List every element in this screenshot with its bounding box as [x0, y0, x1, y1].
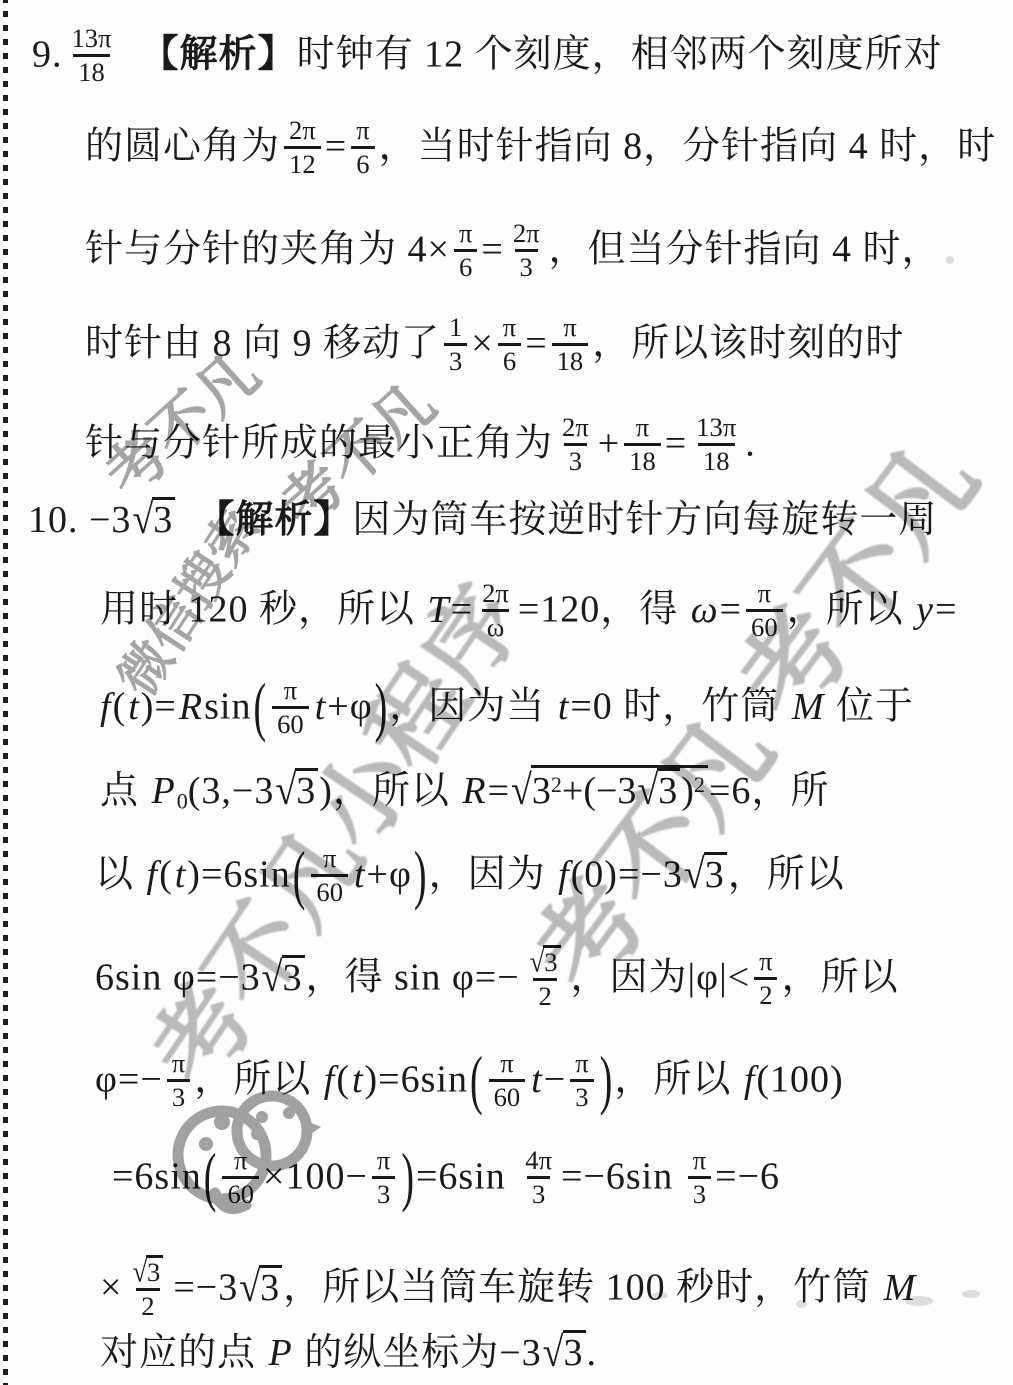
scan-speck — [962, 1290, 980, 1298]
solution-line: ×√32=−3√3，所以当筒车旋转 100 秒时，竹筒 M — [100, 1257, 917, 1325]
mascot-logo-icon — [168, 1078, 338, 1228]
perforation-edge — [3, 0, 8, 1385]
solution-line: 对应的点 P 的纵坐标为−3√3. — [100, 1330, 597, 1376]
solution-line: 针与分针的夹角为 4×π6=2π3，但当分针指向 4 时， — [85, 220, 941, 286]
answer-page: 9.13π18 【解析】时钟有 12 个刻度，相邻两个刻度所对的圆心角为2π12… — [0, 0, 1013, 1385]
scan-speck — [946, 256, 954, 264]
solution-line: 的圆心角为2π12=π6，当时针指向 8，分针指向 4 时，时 — [85, 117, 996, 183]
solution-line: 9.13π18 【解析】时钟有 12 个刻度，相邻两个刻度所对 — [32, 25, 943, 91]
